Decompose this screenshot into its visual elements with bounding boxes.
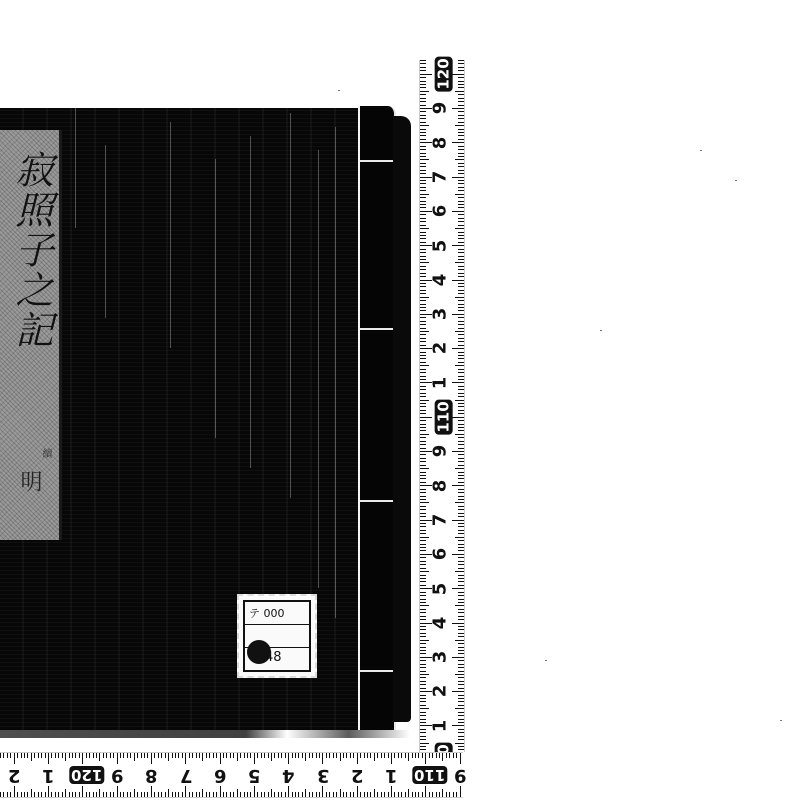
ruler-tick	[420, 478, 426, 479]
ruler-tick	[458, 129, 464, 130]
ruler-tick	[415, 753, 416, 758]
ruler-tick	[458, 170, 464, 171]
ruler-tick	[244, 792, 245, 797]
ruler-tick	[420, 369, 426, 370]
ruler-tick	[141, 753, 142, 758]
ruler-tick	[398, 753, 399, 758]
ruler-tick	[357, 786, 358, 797]
ruler-tick	[420, 221, 426, 222]
ruler-tick	[420, 540, 426, 541]
ruler-tick	[182, 792, 183, 797]
ruler-tick	[120, 753, 121, 758]
ruler-label: 8	[431, 136, 449, 149]
ruler-tick	[14, 786, 15, 797]
ruler-tick	[31, 753, 32, 761]
ruler-tick	[420, 256, 426, 257]
ruler-tick	[199, 753, 200, 758]
ruler-tick	[420, 262, 429, 263]
ruler-tick	[230, 792, 231, 797]
ruler-tick	[175, 792, 176, 797]
ruler-tick	[147, 792, 148, 797]
ruler-tick	[99, 789, 100, 797]
ruler-tick	[452, 691, 464, 692]
ruler-tick	[113, 792, 114, 797]
ruler-tick	[458, 307, 464, 308]
ruler-tick	[206, 753, 207, 758]
ruler-tick	[55, 753, 56, 758]
ruler-tick	[185, 786, 186, 797]
ruler-tick	[458, 430, 464, 431]
ruler-tick	[377, 753, 378, 758]
ruler-tick	[420, 437, 426, 438]
ruler-tick	[458, 561, 464, 562]
ruler-tick	[458, 118, 464, 119]
ruler-tick	[420, 671, 426, 672]
ruler-tick	[420, 403, 426, 404]
ruler-tick	[420, 225, 426, 226]
ruler-tick	[370, 753, 371, 758]
ruler-tick	[420, 74, 432, 75]
ruler-tick	[458, 650, 464, 651]
ruler-tick	[420, 681, 426, 682]
ruler-tick	[405, 792, 406, 797]
ruler-tick	[458, 420, 464, 421]
ruler-tick	[65, 789, 66, 797]
ruler-tick	[458, 403, 464, 404]
ruler-tick	[420, 688, 426, 689]
ruler-tick	[420, 516, 426, 517]
ruler-tick	[458, 458, 464, 459]
ruler-tick	[420, 386, 426, 387]
ruler-tick	[123, 753, 124, 758]
ruler-tick	[295, 792, 296, 797]
ruler-tick	[420, 472, 426, 473]
ruler-tick	[189, 753, 190, 758]
ruler-tick	[367, 753, 368, 758]
ruler-tick	[420, 736, 426, 737]
ruler-tick	[455, 640, 464, 641]
ruler-tick	[24, 792, 25, 797]
ruler-tick	[458, 578, 464, 579]
ruler-tick	[420, 307, 426, 308]
ruler-label: 5	[431, 582, 449, 595]
ruler-tick	[62, 792, 63, 797]
ruler-label: 120	[435, 56, 453, 91]
ruler-tick	[86, 792, 87, 797]
ruler-tick	[420, 465, 426, 466]
ruler-tick	[442, 753, 443, 761]
ruler-tick	[353, 792, 354, 797]
ruler-tick	[319, 792, 320, 797]
ruler-tick	[429, 792, 430, 797]
ruler-tick	[151, 753, 152, 764]
ruler-tick	[452, 142, 464, 143]
ruler-tick	[420, 458, 426, 459]
ruler-tick	[458, 98, 464, 99]
ruler-tick	[452, 108, 464, 109]
ruler-tick	[86, 753, 87, 758]
ruler-tick	[452, 280, 464, 281]
library-sticker: テ 000 48	[237, 594, 317, 678]
ruler-tick	[455, 400, 464, 401]
ruler-tick	[455, 159, 464, 160]
ruler-tick	[458, 156, 464, 157]
ruler-tick	[254, 786, 255, 797]
ruler-tick	[420, 194, 429, 195]
ruler-tick	[141, 792, 142, 797]
binding-thread	[360, 500, 394, 502]
ruler-tick	[458, 146, 464, 147]
ruler-tick	[458, 575, 464, 576]
ruler-tick	[420, 533, 426, 534]
ruler-tick	[374, 789, 375, 797]
ruler-label: 110	[435, 399, 453, 434]
ruler-tick	[458, 132, 464, 133]
ruler-tick	[420, 732, 426, 733]
ruler-tick	[216, 753, 217, 758]
ruler-tick	[420, 653, 426, 654]
ruler-tick	[420, 564, 426, 565]
ruler-tick	[206, 792, 207, 797]
ruler-tick	[247, 792, 248, 797]
ruler-tick	[305, 789, 306, 797]
ruler-tick	[336, 753, 337, 758]
ruler-tick	[458, 705, 464, 706]
ruler-tick	[420, 729, 426, 730]
ruler-tick	[420, 310, 426, 311]
ruler-tick	[420, 544, 426, 545]
ruler-tick	[458, 379, 464, 380]
ruler-tick	[455, 297, 464, 298]
ruler-tick	[364, 753, 365, 758]
ruler-tick	[233, 753, 234, 758]
ruler-tick	[458, 300, 464, 301]
ruler-label: 8	[431, 479, 449, 492]
ruler-tick	[420, 413, 426, 414]
ruler-tick	[458, 341, 464, 342]
ruler-tick	[161, 792, 162, 797]
ruler-tick	[458, 252, 464, 253]
ruler-tick	[96, 753, 97, 758]
ruler-tick	[458, 139, 464, 140]
ruler-tick	[458, 688, 464, 689]
ruler-tick	[281, 792, 282, 797]
ruler-tick	[455, 365, 464, 366]
ruler-tick	[458, 87, 464, 88]
ruler-tick	[45, 753, 46, 758]
ruler-tick	[420, 701, 426, 702]
ruler-tick	[420, 712, 426, 713]
ruler-tick	[420, 87, 426, 88]
ruler-tick	[420, 293, 426, 294]
ruler-tick	[103, 753, 104, 758]
ruler-tick	[420, 111, 426, 112]
ruler-tick	[420, 389, 426, 390]
ruler-tick	[48, 753, 49, 764]
ruler-tick	[452, 177, 464, 178]
book-spine-binding	[358, 106, 396, 730]
ruler-tick	[420, 509, 426, 510]
ruler-tick	[420, 578, 426, 579]
ruler-tick	[458, 214, 464, 215]
ruler-tick	[452, 554, 464, 555]
ruler-tick	[458, 218, 464, 219]
ruler-tick	[420, 424, 426, 425]
ruler-tick	[322, 786, 323, 797]
ruler-tick	[458, 629, 464, 630]
ruler-tick	[172, 792, 173, 797]
ruler-tick	[384, 792, 385, 797]
ruler-tick	[458, 660, 464, 661]
ruler-tick	[185, 753, 186, 764]
ruler-tick	[58, 753, 59, 758]
ruler-tick	[182, 753, 183, 758]
book-bottom-edge	[0, 730, 410, 738]
ruler-tick	[420, 444, 426, 445]
ruler-tick	[346, 792, 347, 797]
ruler-tick	[420, 406, 426, 407]
ruler-tick	[422, 753, 423, 758]
scan-speck	[780, 720, 782, 721]
ruler-tick	[271, 789, 272, 797]
ruler-tick	[458, 626, 464, 627]
ruler-tick	[178, 753, 179, 758]
ruler-tick	[460, 786, 461, 797]
ruler-tick	[158, 792, 159, 797]
ruler-tick	[458, 389, 464, 390]
ruler-tick	[456, 792, 457, 797]
ruler-tick	[458, 712, 464, 713]
ruler-tick	[82, 786, 83, 797]
ruler-tick	[202, 789, 203, 797]
ruler-tick	[458, 633, 464, 634]
ruler-tick	[420, 461, 426, 462]
ruler-tick	[343, 792, 344, 797]
ruler-tick	[420, 430, 426, 431]
ruler-tick	[452, 451, 464, 452]
ruler-tick	[420, 636, 426, 637]
ruler-tick	[458, 166, 464, 167]
ruler-tick	[329, 792, 330, 797]
ruler-tick	[151, 786, 152, 797]
ruler-tick	[420, 633, 426, 634]
ruler-tick	[458, 701, 464, 702]
ruler-label: 110	[412, 766, 447, 784]
ruler-tick	[458, 461, 464, 462]
ruler-tick	[130, 753, 131, 758]
ruler-label: 4	[431, 274, 449, 287]
ruler-tick	[458, 444, 464, 445]
ruler-label: 120	[69, 766, 104, 784]
ruler-tick	[458, 523, 464, 524]
ruler-tick	[398, 792, 399, 797]
cover-texture-line	[290, 113, 291, 498]
ruler-tick	[312, 753, 313, 758]
ruler-tick	[458, 736, 464, 737]
ruler-tick	[458, 513, 464, 514]
ruler-tick	[24, 753, 25, 758]
ruler-tick	[458, 413, 464, 414]
ruler-tick	[420, 602, 426, 603]
ruler-tick	[458, 647, 464, 648]
ruler-tick	[452, 348, 464, 349]
ruler-tick	[458, 547, 464, 548]
ruler-tick	[415, 792, 416, 797]
ruler-tick	[420, 149, 426, 150]
ruler-tick	[453, 753, 454, 758]
cover-texture-line	[75, 108, 76, 228]
ruler-tick	[452, 382, 464, 383]
ruler-tick	[305, 753, 306, 761]
ruler-tick	[420, 605, 429, 606]
ruler-tick	[420, 677, 426, 678]
ruler-tick	[420, 684, 426, 685]
ruler-tick	[458, 283, 464, 284]
ruler-tick	[420, 575, 426, 576]
ruler-tick	[62, 753, 63, 758]
ruler-label: 3	[431, 651, 449, 664]
scan-speck	[338, 90, 340, 91]
ruler-tick	[120, 792, 121, 797]
ruler-tick	[458, 448, 464, 449]
ruler-tick	[420, 317, 426, 318]
ruler-label: 8	[145, 766, 158, 784]
ruler-label: 2	[431, 342, 449, 355]
ruler-tick	[110, 792, 111, 797]
ruler-tick	[281, 753, 282, 758]
ruler-tick	[458, 338, 464, 339]
ruler-tick	[309, 792, 310, 797]
ruler-tick	[420, 640, 429, 641]
ruler-label: 6	[214, 766, 227, 784]
ruler-tick	[420, 581, 426, 582]
back-cover-edge	[393, 116, 411, 722]
ruler-tick	[420, 746, 426, 747]
ruler-tick	[458, 207, 464, 208]
ruler-tick	[458, 304, 464, 305]
ruler-tick	[420, 84, 426, 85]
ruler-tick	[316, 792, 317, 797]
ruler-tick	[458, 77, 464, 78]
ruler-tick	[79, 753, 80, 758]
ruler-tick	[420, 190, 426, 191]
ruler-tick	[244, 753, 245, 758]
ruler-tick	[456, 753, 457, 758]
ruler-tick	[420, 396, 426, 397]
ruler-tick	[420, 557, 426, 558]
cover-texture-line	[318, 150, 319, 588]
ruler-tick	[420, 379, 426, 380]
cover-texture-line	[335, 127, 336, 618]
ruler-tick	[82, 753, 83, 764]
ruler-tick	[458, 105, 464, 106]
ruler-tick	[458, 592, 464, 593]
ruler-label: 4	[431, 617, 449, 630]
ruler-tick	[420, 499, 426, 500]
ruler-tick	[418, 792, 419, 797]
ruler-tick	[458, 393, 464, 394]
ruler-tick	[240, 753, 241, 758]
ruler-tick	[458, 153, 464, 154]
ruler-tick	[420, 115, 426, 116]
ruler-tick	[309, 753, 310, 758]
ruler-tick	[420, 650, 426, 651]
ruler-tick	[384, 753, 385, 758]
ruler-tick	[458, 410, 464, 411]
ruler-tick	[110, 753, 111, 758]
ruler-tick	[458, 581, 464, 582]
ruler-tick	[455, 605, 464, 606]
ruler-tick	[458, 204, 464, 205]
ruler-tick	[420, 441, 426, 442]
ruler-tick	[458, 355, 464, 356]
ruler-tick	[458, 472, 464, 473]
ruler-tick	[99, 753, 100, 761]
ruler-tick	[144, 792, 145, 797]
ruler-tick	[199, 792, 200, 797]
ruler-label: 7	[431, 171, 449, 184]
ruler-tick	[3, 792, 4, 797]
ruler-tick	[333, 792, 334, 797]
ruler-tick	[458, 681, 464, 682]
ruler-tick	[420, 427, 426, 428]
ruler-tick	[420, 183, 426, 184]
ruler-tick	[452, 245, 464, 246]
ruler-tick	[420, 365, 429, 366]
ruler-label: 5	[431, 239, 449, 252]
ruler-tick	[420, 238, 426, 239]
ruler-tick	[458, 492, 464, 493]
ruler-tick	[250, 753, 251, 758]
ruler-tick	[458, 557, 464, 558]
ruler-tick	[161, 753, 162, 758]
ruler-tick	[458, 221, 464, 222]
ruler-tick	[458, 81, 464, 82]
ruler-tick	[420, 599, 426, 600]
ruler-tick	[274, 792, 275, 797]
ruler-tick	[55, 792, 56, 797]
ruler-tick	[452, 211, 464, 212]
ruler-tick	[458, 441, 464, 442]
ruler-tick	[458, 310, 464, 311]
ruler-tick	[420, 334, 426, 335]
ruler-label: 9	[454, 766, 467, 784]
ruler-tick	[458, 643, 464, 644]
ruler-tick	[420, 698, 426, 699]
ruler-tick	[458, 70, 464, 71]
ruler-tick	[322, 753, 323, 764]
ruler-tick	[420, 376, 426, 377]
ruler-tick	[192, 753, 193, 758]
ruler-tick	[458, 201, 464, 202]
ruler-tick	[420, 331, 429, 332]
ruler-tick	[458, 163, 464, 164]
ruler-tick	[420, 153, 426, 154]
ruler-tick	[346, 753, 347, 758]
ruler-label: 9	[431, 445, 449, 458]
ruler-tick	[458, 599, 464, 600]
ruler-label: 1	[385, 766, 398, 784]
ruler-tick	[420, 358, 426, 359]
ruler-tick	[357, 753, 358, 764]
ruler-tick	[458, 173, 464, 174]
ruler-label: 3	[317, 766, 330, 784]
ruler-tick	[420, 197, 426, 198]
ruler-tick	[420, 273, 426, 274]
ruler-tick	[391, 786, 392, 797]
ruler-label: 4	[282, 766, 295, 784]
ruler-tick	[420, 300, 426, 301]
